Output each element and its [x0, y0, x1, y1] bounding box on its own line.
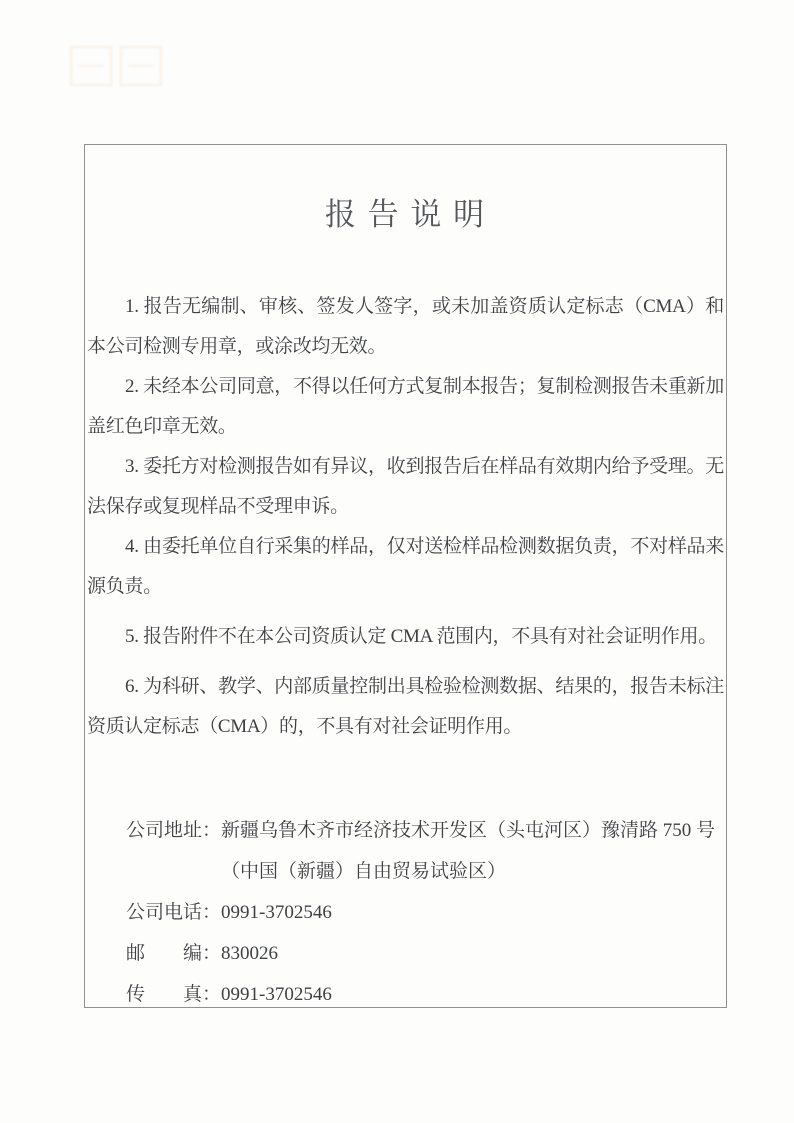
report-note-3: 3. 委托方对检测报告如有异议，收到报告后在样品有效期内给予受理。无法保存或复现… [87, 447, 724, 527]
contact-row-phone: 公司电话：0991-3702546 [126, 892, 718, 933]
phone-label: 公司电话 [126, 892, 202, 933]
report-note-1: 1. 报告无编制、审核、签发人签字，或未加盖资质认定标志（CMA）和本公司检测专… [87, 287, 724, 367]
phone-value: 0991-3702546 [221, 902, 332, 923]
fax-colon: ： [202, 974, 221, 1015]
artifact-glyph [120, 46, 162, 86]
report-note-2: 2. 未经本公司同意，不得以任何方式复制本报告；复制检测报告未重新加盖红色印章无… [87, 367, 724, 447]
contact-row-postal: 邮编：830026 [126, 933, 718, 974]
postal-colon: ： [202, 933, 221, 974]
fax-label: 传真 [126, 974, 202, 1015]
address-value: 新疆乌鲁木齐市经济技术开发区（头屯河区）豫清路 750 号 [221, 820, 715, 841]
report-notes: 1. 报告无编制、审核、签发人签字，或未加盖资质认定标志（CMA）和本公司检测专… [87, 287, 724, 747]
contact-row-fax: 传真：0991-3702546 [126, 974, 718, 1015]
scan-stamp-residue [62, 42, 174, 90]
artifact-glyph [70, 46, 112, 86]
address-label: 公司地址 [126, 810, 202, 851]
contact-info: 公司地址：新疆乌鲁木齐市经济技术开发区（头屯河区）豫清路 750 号 （中国（新… [126, 810, 718, 1015]
phone-colon: ： [202, 892, 221, 933]
fax-value: 0991-3702546 [221, 984, 332, 1005]
contact-row-address: 公司地址：新疆乌鲁木齐市经济技术开发区（头屯河区）豫清路 750 号 [126, 810, 718, 851]
address-value-line2: （中国（新疆）自由贸易试验区） [221, 861, 506, 882]
address-colon: ： [202, 810, 221, 851]
report-frame: 报 告 说 明 1. 报告无编制、审核、签发人签字，或未加盖资质认定标志（CMA… [84, 144, 727, 1008]
contact-row-address-line2: （中国（新疆）自由贸易试验区） [126, 851, 718, 892]
report-note-6: 6. 为科研、教学、内部质量控制出具检验检测数据、结果的，报告未标注资质认定标志… [87, 667, 724, 747]
report-note-4: 4. 由委托单位自行采集的样品，仅对送检样品检测数据负责，不对样品来源负责。 [87, 527, 724, 607]
report-instructions-page: 报 告 说 明 1. 报告无编制、审核、签发人签字，或未加盖资质认定标志（CMA… [0, 0, 794, 1123]
postal-value: 830026 [221, 943, 278, 964]
page-title: 报 告 说 明 [85, 189, 726, 234]
postal-label: 邮编 [126, 933, 202, 974]
report-note-5: 5. 报告附件不在本公司资质认定 CMA 范围内，不具有对社会证明作用。 [87, 617, 724, 657]
